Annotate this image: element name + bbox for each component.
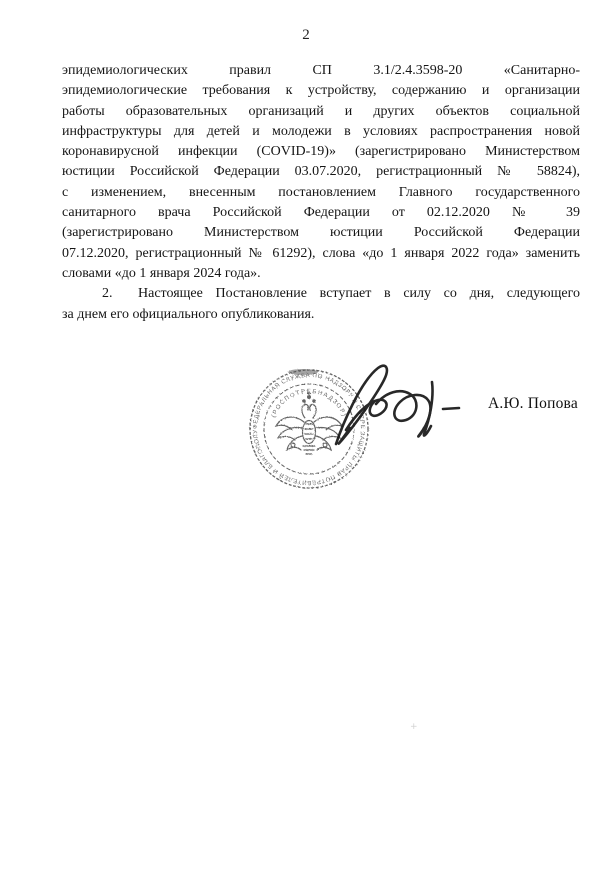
paragraph1-line: эпидемиологических правил СП 3.1/2.4.359… <box>62 61 580 81</box>
paragraph1-line: словами «до 1 января 2024 года». <box>62 264 580 284</box>
signer-name: А.Ю. Попова <box>488 395 588 413</box>
paragraph1-line: санитарного врача Российской Федерации о… <box>62 203 580 223</box>
paragraph1-line: эпидемиологические требования к устройст… <box>62 81 580 101</box>
scan-artifact-mark: + <box>410 722 418 732</box>
paragraph2-number: 2. <box>102 284 138 304</box>
paragraph1-line: с изменением, внесенным постановлением Г… <box>62 183 580 203</box>
paragraph1-line: работы образовательных организаций и дру… <box>62 102 580 122</box>
paragraph1-line: (зарегистрировано Министерством юстиции … <box>62 223 580 243</box>
paragraph1-line: коронавирусной инфекции (COVID-19)» (зар… <box>62 142 580 162</box>
paragraph1-line: инфраструктуры для детей и молодежи в ус… <box>62 122 580 142</box>
paragraph2-text: Настоящее Постановление вступает в силу … <box>138 286 580 301</box>
paragraph2-line: 2.Настоящее Постановление вступает в сил… <box>62 284 580 304</box>
body-text: эпидемиологических правил СП 3.1/2.4.359… <box>62 61 580 325</box>
handwritten-signature <box>230 352 470 502</box>
paragraph1-line: юстиции Российской Федерации 03.07.2020,… <box>62 162 580 182</box>
page-number: 2 <box>0 27 612 44</box>
paragraph2-line: за днем его официального опубликования. <box>62 305 580 325</box>
paragraph1-line: 07.12.2020, регистрационный № 61292), сл… <box>62 244 580 264</box>
signature-area <box>230 352 470 502</box>
document-page: 2 эпидемиологических правил СП 3.1/2.4.3… <box>0 0 612 873</box>
